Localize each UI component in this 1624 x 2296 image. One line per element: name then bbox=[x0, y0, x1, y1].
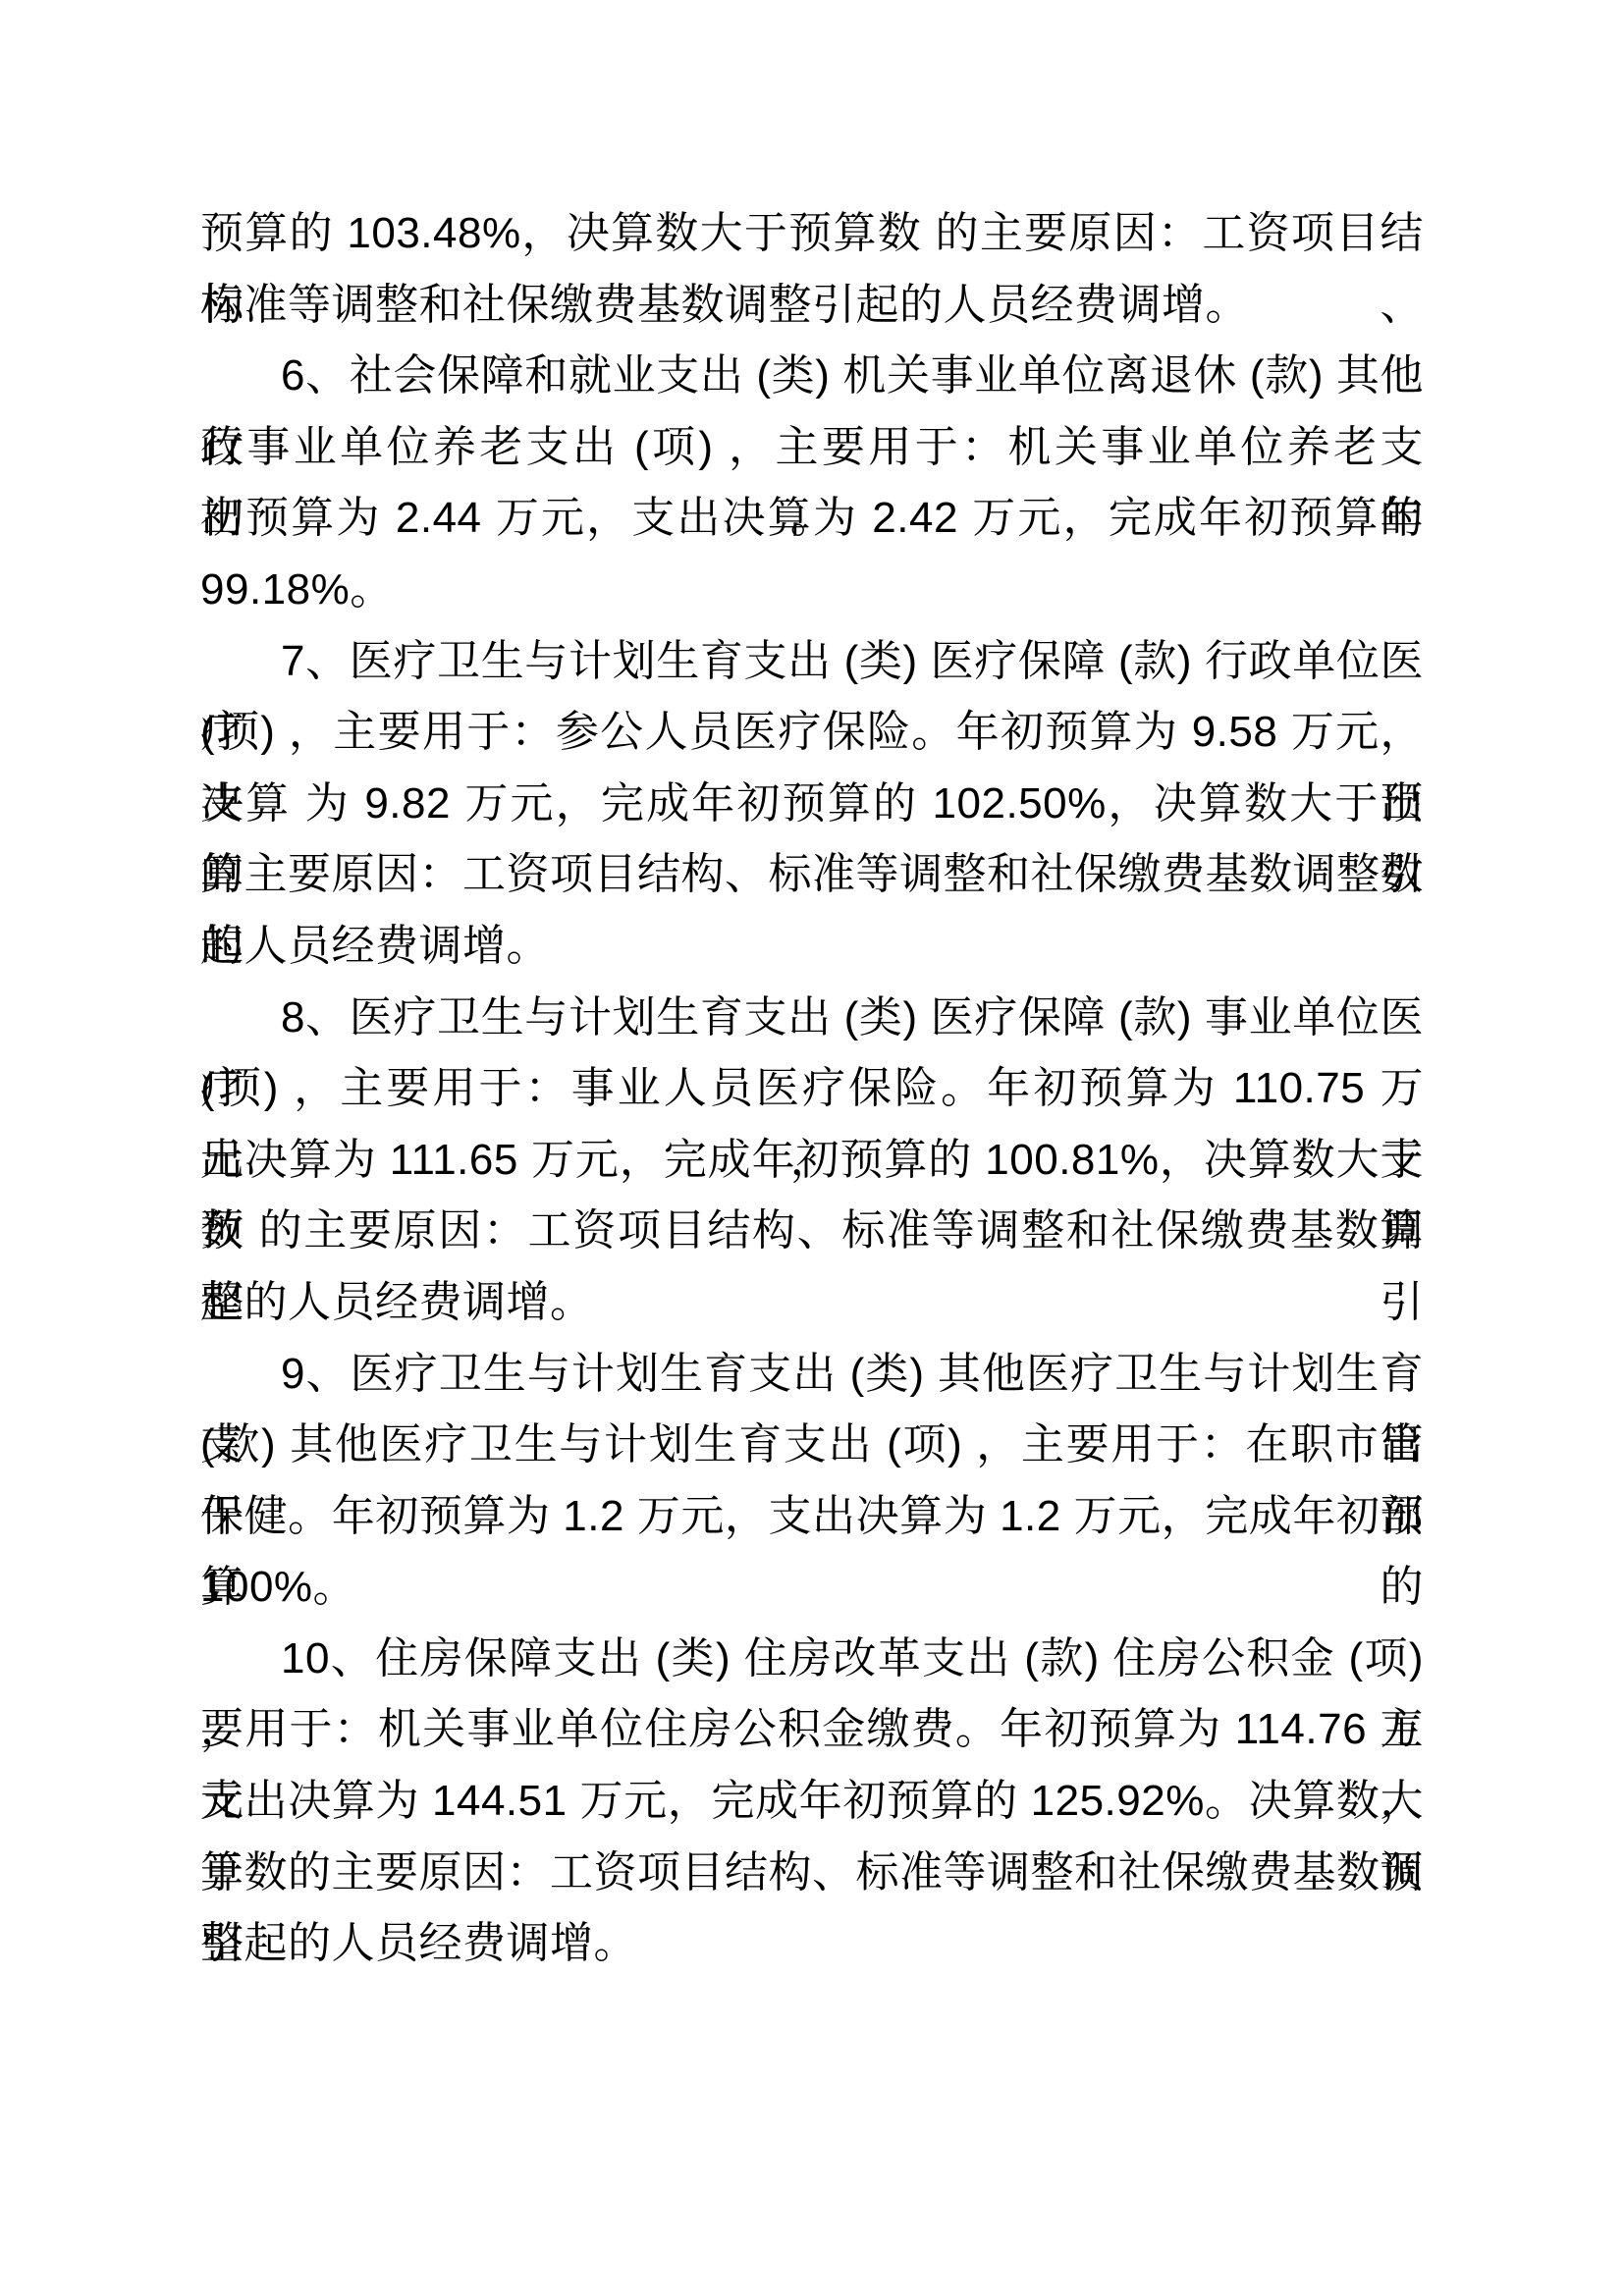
text-line: 8、医疗卫生与计划生育支出 (类) 医疗保障 (款) 事业单位医疗 bbox=[200, 983, 1424, 1054]
text-line: 预算的 103.48%，决算数大于预算数 的主要原因：工资项目结构、 bbox=[200, 198, 1424, 270]
text-line: 10、住房保障支出 (类) 住房改革支出 (款) 住房公积金 (项) ，主 bbox=[200, 1624, 1424, 1695]
text-line: 出决算为 111.65 万元，完成年初预算的 100.81%，决算数大于预算 bbox=[200, 1125, 1424, 1197]
text-line: 支出决算为 144.51 万元，完成年初预算的 125.92%。决算数大于预 bbox=[200, 1766, 1424, 1838]
text-line: (款) 其他医疗卫生与计划生育支出 (项) ，主要用于：在职市管干部 bbox=[200, 1410, 1424, 1481]
text-line: 7、医疗卫生与计划生育支出 (类) 医疗保障 (款) 行政单位医疗 bbox=[200, 626, 1424, 698]
text-line: 初预算为 2.44 万元，支出决算为 2.42 万元，完成年初预算的 bbox=[200, 483, 1424, 555]
text-line: (项) ，主要用于：事业人员医疗保险。年初预算为 110.75 万元，支 bbox=[200, 1053, 1424, 1125]
text-line: 算数的主要原因：工资项目结构、标准等调整和社保缴费基数调整 bbox=[200, 1838, 1424, 1909]
text-line: 6、社会保障和就业支出 (类) 机关事业单位离退休 (款) 其他行 bbox=[200, 341, 1424, 412]
document-text: 预算的 103.48%，决算数大于预算数 的主要原因：工资项目结构、标准等调整和… bbox=[200, 198, 1424, 1980]
document-page: 预算的 103.48%，决算数大于预算数 的主要原因：工资项目结构、标准等调整和… bbox=[0, 0, 1624, 2296]
text-line: 的主要原因：工资项目结构、标准等调整和社保缴费基数调整引起 bbox=[200, 839, 1424, 911]
text-line: 要用于：机关事业单位住房公积金缴费。年初预算为 114.76 万元， bbox=[200, 1694, 1424, 1766]
text-line: 引起的人员经费调增。 bbox=[200, 1908, 1424, 1980]
text-line: 决算 为 9.82 万元，完成年初预算的 102.50%，决算数大于预算数 bbox=[200, 769, 1424, 840]
text-line: 9、医疗卫生与计划生育支出 (类) 其他医疗卫生与计划生育支出 bbox=[200, 1339, 1424, 1411]
text-line: 保健。年初预算为 1.2 万元，支出决算为 1.2 万元，完成年初预算的 bbox=[200, 1481, 1424, 1553]
text-line: 政事业单位养老支出 (项) ，主要用于：机关事业单位养老支出。年 bbox=[200, 412, 1424, 484]
text-line: (项) ，主要用于：参公人员医疗保险。年初预算为 9.58 万元，支出 bbox=[200, 697, 1424, 769]
text-line: 99.18%。 bbox=[200, 555, 1424, 626]
text-line: 的人员经费调增。 bbox=[200, 911, 1424, 983]
text-line: 数 的主要原因：工资项目结构、标准等调整和社保缴费基数调整引 bbox=[200, 1196, 1424, 1267]
text-line: 标准等调整和社保缴费基数调整引起的人员经费调增。 bbox=[200, 270, 1424, 342]
